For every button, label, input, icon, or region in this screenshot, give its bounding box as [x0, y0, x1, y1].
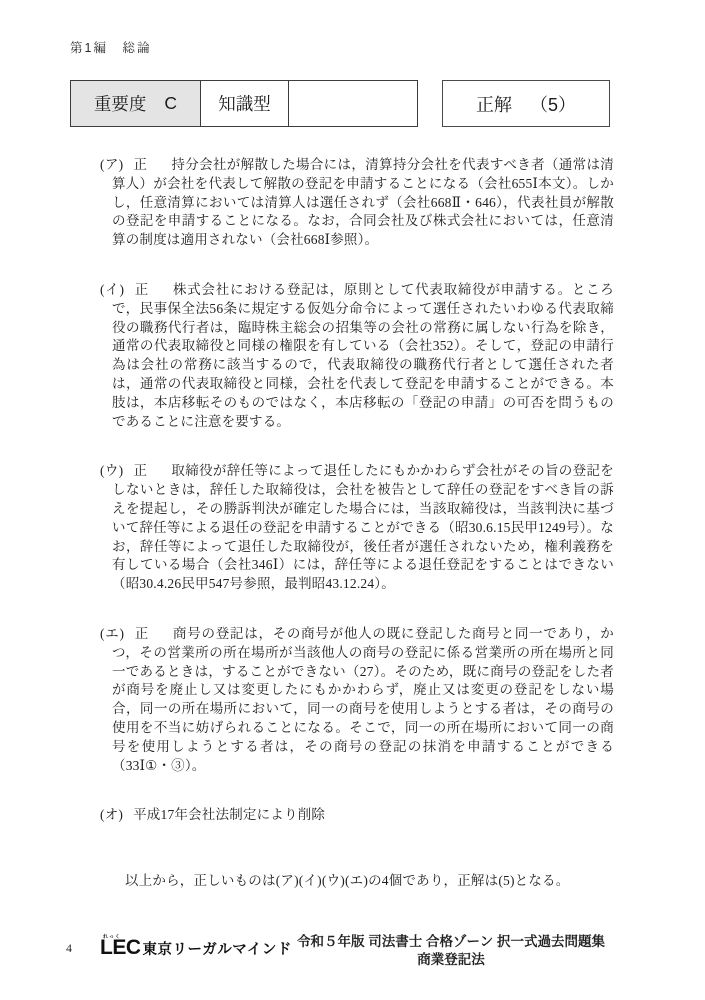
question-type-cell: 知識型 [201, 81, 289, 126]
answer-label: (ア) [100, 157, 123, 172]
answer-item-a: (ア)正持分会社が解散した場合には，清算持分会社を代表すべき者（通常は清算人）が… [112, 156, 614, 250]
correct-answer-value: （5） [530, 91, 576, 117]
page-number: 4 [66, 941, 72, 956]
answer-item-i: (イ)正株式会社における登記は，原則として代表取締役が申請する。ところで，民事保… [112, 281, 614, 431]
book-title-line1: 令和５年版 司法書士 合格ゾーン 択一式過去問題集 [290, 933, 612, 951]
question-type-value: 知識型 [218, 91, 271, 116]
lec-logo: れっく LEC 東京リーガルマインド [100, 935, 292, 961]
answer-verdict: 正 [133, 157, 147, 172]
lec-logo-mark: れっく LEC [100, 937, 141, 959]
answer-verdict: 正 [134, 626, 149, 641]
correct-answer-label: 正解 [476, 91, 512, 117]
answer-text: 取締役が辞任等によって退任したにもかかわらず会社がその旨の登記をしないときは，辞… [112, 463, 614, 591]
lec-logo-ruby: れっく [103, 933, 121, 940]
importance-table: 重要度 C 知識型 [70, 80, 418, 127]
chapter-header: 第1編 総論 [70, 38, 151, 56]
importance-value: C [164, 93, 177, 114]
book-title: 令和５年版 司法書士 合格ゾーン 択一式過去問題集 商業登記法 [290, 933, 612, 969]
answer-text: 商号の登記は，その商号が他人の既に登記した商号と同一であり，かつ，その営業所の所… [112, 626, 614, 773]
answer-label: (エ) [100, 626, 124, 641]
answer-text: 株式会社における登記は，原則として代表取締役が申請する。ところで，民事保全法56… [112, 282, 614, 429]
empty-cell [289, 81, 417, 126]
answer-item-o: (オ)平成17年会社法制定により削除 [112, 806, 614, 825]
explanation-body: (ア)正持分会社が解散した場合には，清算持分会社を代表すべき者（通常は清算人）が… [112, 156, 614, 891]
answer-verdict: 正 [133, 463, 147, 478]
answer-item-u: (ウ)正取締役が辞任等によって退任したにもかかわらず会社がその旨の登記をしないと… [112, 462, 614, 594]
answer-text: 平成17年会社法制定により削除 [133, 807, 325, 822]
lec-logo-company-name: 東京リーガルマインド [143, 938, 292, 959]
book-title-line2: 商業登記法 [290, 951, 612, 969]
answer-verdict: 正 [134, 282, 149, 297]
importance-label: 重要度 [94, 91, 147, 116]
answer-label: (オ) [100, 807, 123, 822]
answer-item-e: (エ)正商号の登記は，その商号が他人の既に登記した商号と同一であり，かつ，その営… [112, 625, 614, 775]
importance-cell: 重要度 C [71, 81, 201, 126]
answer-text: 持分会社が解散した場合には，清算持分会社を代表すべき者（通常は清算人）が会社を代… [112, 157, 614, 247]
answer-label: (イ) [100, 282, 124, 297]
correct-answer-box: 正解 （5） [442, 80, 610, 127]
answer-label: (ウ) [100, 463, 123, 478]
book-page: 第1編 総論 重要度 C 知識型 正解 （5） (ア)正持分会社が解散した場合に… [0, 0, 705, 1000]
conclusion-line: 以上から，正しいものは(ア)(イ)(ウ)(エ)の4個であり，正解は(5)となる。 [112, 872, 614, 891]
